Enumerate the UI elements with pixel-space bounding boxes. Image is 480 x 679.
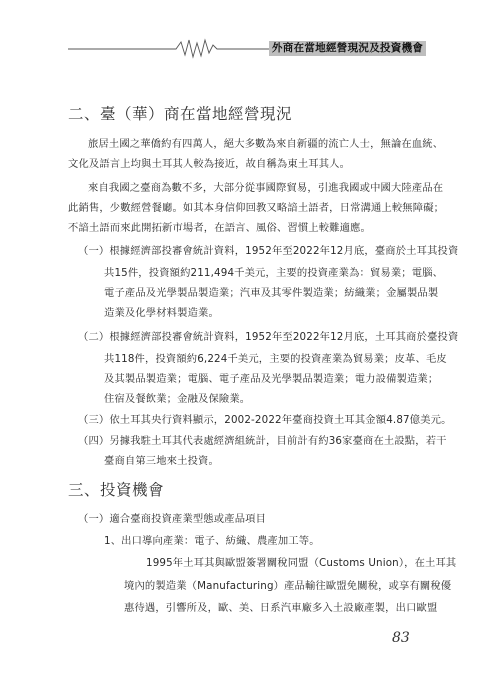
paragraph-line: 惠待遇，引響所及，歐、美、日系汽車廠多入土設廠產製，出口歐盟: [124, 601, 437, 615]
list-item-1-cont: 共15件，投資額約211,494千美元，主要的投資產業為：貿易業；電腦、: [104, 266, 443, 280]
paragraph-line: 來自我國之臺商為數不多，大部分從事國際貿易，引進我國或中國大陸產品在: [88, 181, 443, 195]
sub-item-1: 1、出口導向產業：電子、紡織、農產加工等。: [104, 534, 320, 548]
list-item-1-cont: 造業及化學材料製造業。: [104, 306, 219, 320]
list-item-1: （一）根據經濟部投審會統計資料，1952年至2022年12月底，臺商於土耳其投資: [78, 244, 458, 258]
section-heading-2: 二、臺（華）商在當地經營現況: [68, 102, 292, 124]
paragraph-line: 旅居土國之華僑約有四萬人，絕大多數為來自新疆的流亡人士，無論在血統、: [88, 137, 443, 151]
running-title: 外商在當地經營現況及投資機會: [269, 41, 426, 56]
list-item-2-cont: 及其製品製造業；電腦、電子產品及光學製品製造業；電力設備製造業；: [104, 372, 438, 386]
paragraph-line: 文化及語言上均與土耳其人較為接近，故自稱為東土耳其人。: [68, 157, 350, 171]
paragraph-line: 不諳土語而來此開拓新市場者，在語言、風俗、習慣上較難適應。: [68, 221, 371, 235]
list-item-4: （四）另據我駐土耳其代表處經濟組統計，目前計有約36家臺商在土設點，若干: [78, 434, 447, 448]
list-item-2: （二）根據經濟部投審會統計資料，1952年至2022年12月底，土耳其商於臺投資: [78, 330, 458, 344]
list-item-4-cont: 臺商自第三地來土投資。: [104, 454, 219, 468]
page-number: 83: [392, 630, 410, 646]
list-item-2-cont: 共118件，投資額約6,224千美元，主要的投資產業為貿易業；皮革、毛皮: [104, 352, 447, 366]
list-item-3: （三）依土耳其央行資料顯示，2002-2022年臺商投資土耳其金額4.87億美元…: [78, 413, 452, 427]
paragraph-line: 此銷售，少數經營餐廳。如其本身信仰回教又略諳土語者，日常溝通上較無障礙；: [68, 201, 444, 215]
section-heading-3: 三、投資機會: [68, 478, 164, 500]
paragraph-line: 1995年土耳其與歐盟簽署關稅同盟（Customs Union），在土耳其: [146, 556, 456, 570]
list-item-2-cont: 住宿及餐飲業；金融及保險業。: [104, 392, 250, 406]
paragraph-line: 境內的製造業（Manufacturing）產品輸往歐盟免關稅，或享有關稅優: [124, 579, 451, 593]
list-item-1-cont: 電子產品及光學製品製造業；汽車及其零件製造業；紡織業；金屬製品製: [104, 286, 438, 300]
subsection-heading: （一）適合臺商投資產業型態或產品項目: [78, 512, 266, 526]
